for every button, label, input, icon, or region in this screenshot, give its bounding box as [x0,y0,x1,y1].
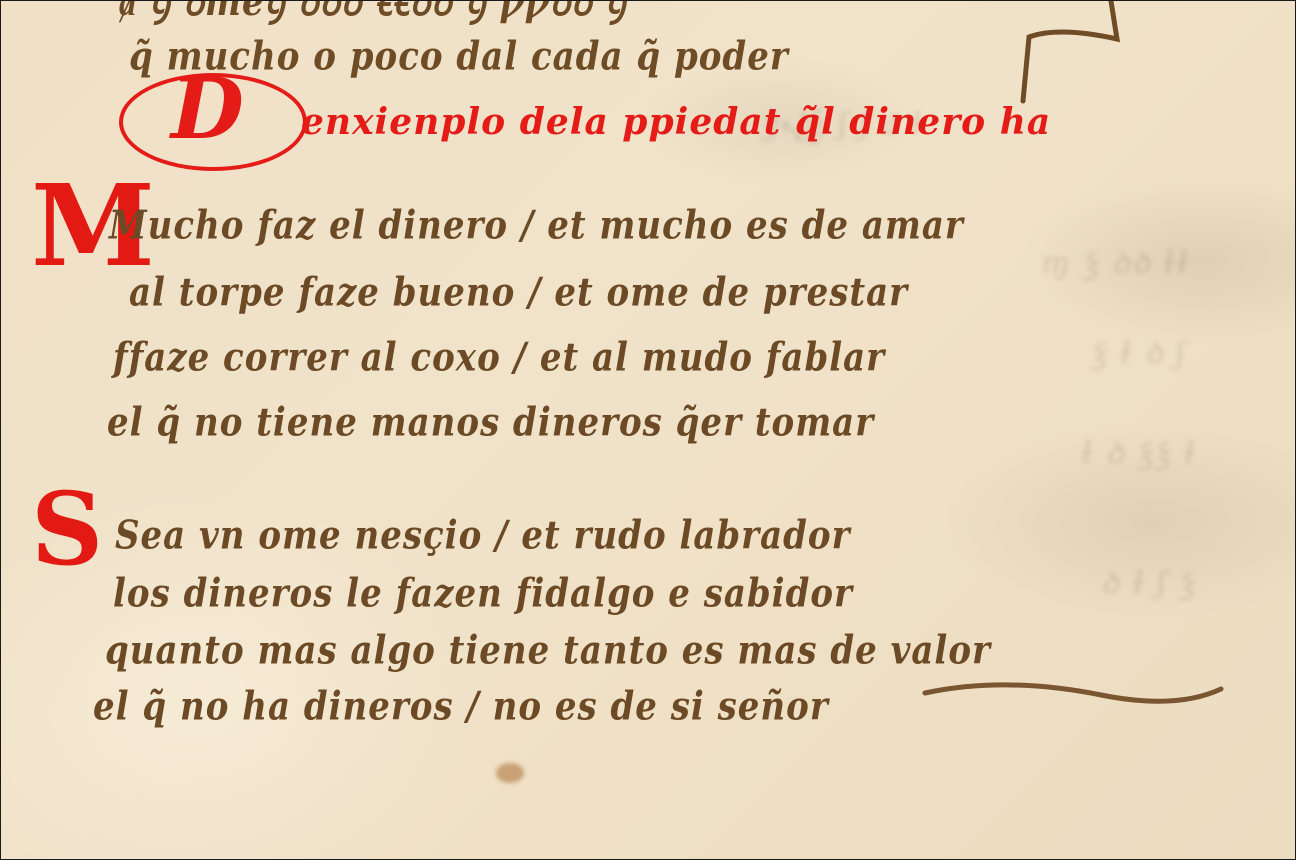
bleed-through-text: ɱ ꝣ ꝺꝺ ɫɫ [1041,241,1190,282]
rubric-initial: D [171,67,244,151]
verse-line: quanto mas algo tiene tanto es mas de va… [105,628,991,674]
line-filler-stroke [1011,1,1131,111]
stanza-initial: S [31,479,103,579]
bleed-through-text: ꝺ ɫ ʃ ꝣ [1101,561,1196,602]
verse-line: el q̃ no ha dineros / no es de si señor [93,684,829,730]
verse-line: Mucho faz el dinero / et mucho es de ama… [109,203,964,249]
bleed-through-text: ꝣ ɫ ꝺ ʃ [1091,331,1186,372]
verse-line: ffaze correr al coxo / et al mudo fablar [113,335,885,381]
verse-line: el q̃ no tiene manos dineros q̃er tomar [107,400,874,446]
line-ending-flourish [921,681,1241,721]
parchment-stain [496,763,524,783]
manuscript-page: ꝫ꧁ ʃ ʃ ᵭ ɫ ɱ ꝣ ꝺꝺ ɫɫ ꝣ ɫ ꝺ ʃ ɫ ꝺ ꝣꝣ ɫ ꝺ … [0,0,1296,860]
verse-line: Sea vn ome nesçio / et rudo labrador [115,513,851,559]
verse-line: los dineros le fazen fidalgo e sabidor [113,571,853,617]
manuscript-line-partial: ⱥ ꝯ ꝺmẽꝯ ꝺꝺꝺ ꞓꞓꝺꝺ ꝯ ꝩꝩꝺꝺ ꝯ [119,0,627,26]
bleed-through-text: ɫ ꝺ ꝣꝣ ɫ [1081,431,1197,472]
verse-line: al torpe faze bueno / et ome de prestar [129,270,908,316]
rubric-title: enxienplo dela ppiedat q̃l dinero ha [301,101,1051,143]
